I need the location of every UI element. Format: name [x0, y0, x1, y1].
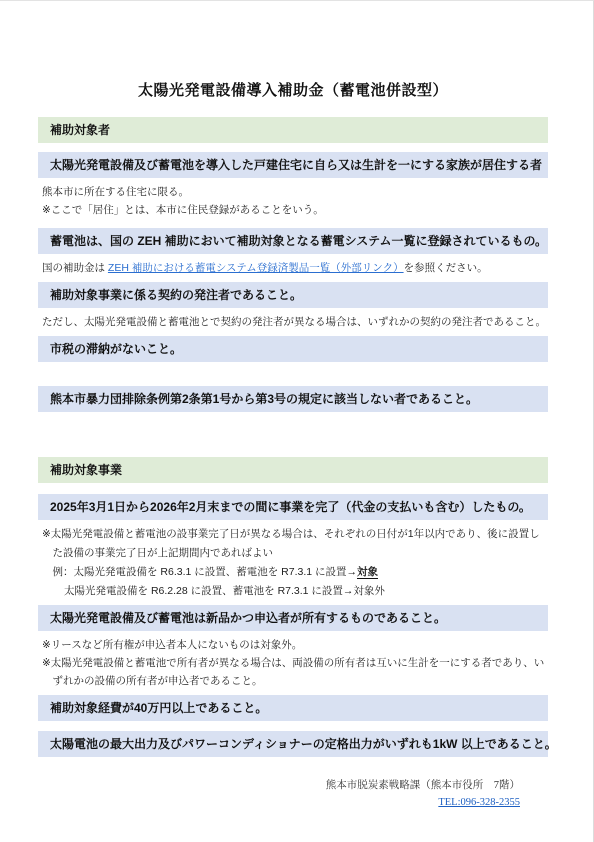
example-line-not-eligible: 太陽光発電設備を R6.2.28 に設置、蓄電池を R7.3.1 に設置→対象外: [64, 582, 548, 601]
note-text: ※太陽光発電設備と蓄電池で所有者が異なる場合は、両設備の所有者は互いに生計を一に…: [42, 654, 548, 690]
requirement-bar: 補助対象事業に係る契約の発注者であること。: [38, 282, 548, 308]
note-text: 国の補助金は: [42, 262, 108, 274]
note-block: ※リースなど所有権が申込者本人にないものは対象外。 ※太陽光発電設備と蓄電池で所…: [42, 636, 548, 690]
zeh-product-list-link[interactable]: ZEH 補助における蓄電システム登録済製品一覧（外部リンク）: [108, 262, 404, 274]
example-line-eligible: 例：太陽光発電設備を R6.3.1 に設置、蓄電池を R7.3.1 に設置→対象: [53, 563, 549, 582]
requirement-bar: 太陽電池の最大出力及びパワーコンディショナーの定格出力がいずれも1kW 以上であ…: [38, 731, 548, 757]
footer: 熊本市脱炭素戦略課（熊本市役所 7階） TEL:096-328-2355: [38, 777, 548, 811]
requirement-bar: 太陽光発電設備及び蓄電池は新品かつ申込者が所有するものであること。: [38, 605, 548, 631]
page-title: 太陽光発電設備導入補助金（蓄電池併設型）: [38, 79, 548, 100]
note-text: ※太陽光発電設備と蓄電池の設事業完了日が異なる場合は、それぞれの日付が1年以内で…: [42, 525, 548, 563]
footer-department: 熊本市脱炭素戦略課（熊本市役所 7階）: [38, 777, 520, 794]
note-block: 熊本市に所在する住宅に限る。 ※ここで「居住」とは、本市に住民登録があることをい…: [42, 183, 548, 219]
section-header-projects: 補助対象事業: [38, 457, 548, 483]
requirement-bar: 熊本市暴力団排除条例第2条第1号から第3号の規定に該当しない者であること。: [38, 386, 548, 412]
requirement-bar: 2025年3月1日から2026年2月末までの間に事業を完了（代金の支払いも含む）…: [38, 494, 548, 520]
section-header-applicants: 補助対象者: [38, 117, 548, 143]
note-text: 熊本市に所在する住宅に限る。: [42, 183, 548, 201]
requirement-bar: 市税の滞納がないこと。: [38, 336, 548, 362]
requirement-bar: 蓄電池は、国の ZEH 補助において補助対象となる蓄電システム一覧に登録されてい…: [38, 228, 548, 254]
note-block: ただし、太陽光発電設備と蓄電池とで契約の発注者が異なる場合は、いずれかの契約の発…: [42, 313, 548, 331]
note-text: ※リースなど所有権が申込者本人にないものは対象外。: [42, 636, 548, 654]
tel-link[interactable]: TEL:096-328-2355: [438, 797, 520, 808]
note-block: 国の補助金は ZEH 補助における蓄電システム登録済製品一覧（外部リンク）を参照…: [42, 259, 548, 277]
note-text: ただし、太陽光発電設備と蓄電池とで契約の発注者が異なる場合は、いずれかの契約の発…: [42, 313, 548, 331]
example-text: 例：太陽光発電設備を R6.3.1 に設置、蓄電池を R7.3.1 に設置→: [53, 566, 358, 578]
note-text: を参照ください。: [404, 262, 488, 274]
note-block: ※太陽光発電設備と蓄電池の設事業完了日が異なる場合は、それぞれの日付が1年以内で…: [42, 525, 548, 601]
requirement-bar: 太陽光発電設備及び蓄電池を導入した戸建住宅に自ら又は生計を一にする家族が居住する…: [38, 152, 548, 178]
document-page: 太陽光発電設備導入補助金（蓄電池併設型） 補助対象者 太陽光発電設備及び蓄電池を…: [0, 0, 594, 842]
eligible-label: 対象: [357, 566, 378, 579]
note-text: ※ここで「居住」とは、本市に住民登録があることをいう。: [42, 201, 548, 219]
requirement-bar: 補助対象経費が40万円以上であること。: [38, 695, 548, 721]
